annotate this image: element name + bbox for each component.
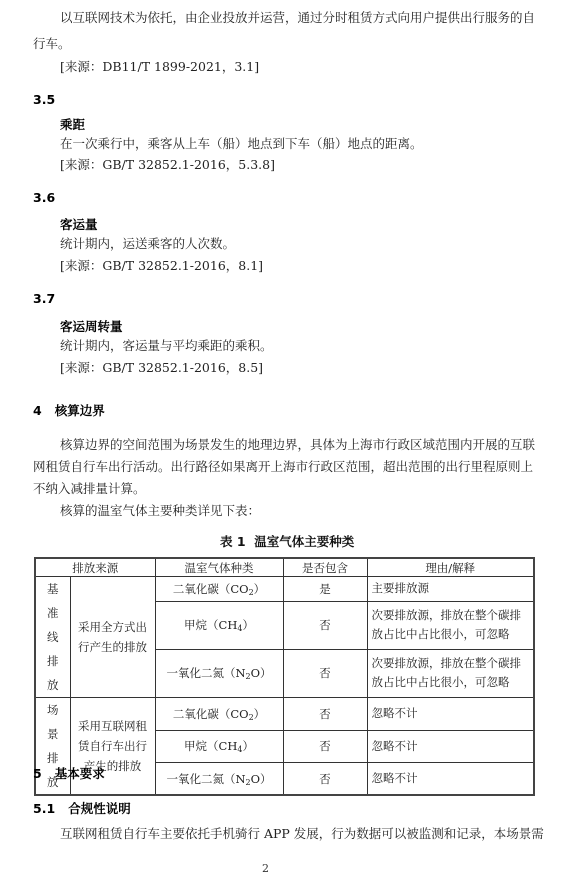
reason-cell: 忽略不计	[367, 763, 534, 796]
source-3-5: [来源：GB/T 32852.1-2016，5.3.8]	[60, 157, 275, 173]
included-cell: 否	[283, 601, 367, 649]
section-number-3-5: 3.5	[33, 92, 55, 107]
table-row: 场 景 排 放 采用互联网租赁自行车出行产生的排放 二氧化碳（CO2） 否 忽略…	[35, 698, 534, 731]
gas-cell: 甲烷（CH4）	[155, 730, 283, 763]
category-char: 景	[36, 722, 70, 746]
chapter-4-para-line-2: 网租赁自行车出行活动。出行路径如果离开上海市行政区范围，超出范围的出行里程原则上	[33, 459, 533, 475]
section-5-1-heading: 5.1 合规性说明	[33, 799, 131, 817]
table-caption: 表 1 温室气体主要种类	[220, 532, 354, 550]
header-reason: 理由/解释	[367, 558, 534, 577]
category-char: 场	[36, 698, 70, 722]
category-char: 基	[36, 577, 70, 601]
included-cell: 否	[283, 763, 367, 796]
intro-source: [来源：DB11/T 1899-2021，3.1]	[60, 59, 259, 75]
chapter-5-heading: 5 基本要求	[33, 764, 105, 782]
category-char: 线	[36, 625, 70, 649]
intro-line-1: 以互联网技术为依托，由企业投放并运营，通过分时租赁方式向用户提供出行服务的自	[60, 10, 535, 26]
reason-cell: 主要排放源	[367, 577, 534, 602]
page-number: 2	[262, 862, 269, 875]
category-char: 排	[36, 649, 70, 673]
gas-cell: 一氧化二氮（N2O）	[155, 763, 283, 796]
chapter-4-para-line-3: 不纳入减排量计算。	[33, 481, 146, 497]
reason-cell: 次要排放源，排放在整个碳排放占比中占比很小，可忽略	[367, 601, 534, 649]
source-baseline: 采用全方式出行产生的排放	[70, 577, 155, 698]
greenhouse-gas-table: 排放来源 温室气体种类 是否包含 理由/解释 基 准 线 排 放 采用全方式出行…	[34, 557, 535, 796]
category-char: 放	[36, 673, 70, 697]
intro-line-2: 行车。	[33, 36, 71, 52]
source-3-6: [来源：GB/T 32852.1-2016，8.1]	[60, 258, 263, 274]
definition-3-6: 统计期内，运送乘客的人次数。	[60, 236, 235, 252]
header-gas-type: 温室气体种类	[155, 558, 283, 577]
term-3-5: 乘距	[60, 115, 85, 133]
table-header-row: 排放来源 温室气体种类 是否包含 理由/解释	[35, 558, 534, 577]
included-cell: 否	[283, 730, 367, 763]
header-emission-source: 排放来源	[35, 558, 155, 577]
chapter-4-para-line-1: 核算边界的空间范围为场景发生的地理边界，具体为上海市行政区域范围内开展的互联	[60, 437, 535, 453]
section-number-3-6: 3.6	[33, 190, 55, 205]
category-char: 准	[36, 601, 70, 625]
chapter-4-heading: 4 核算边界	[33, 401, 105, 419]
included-cell: 否	[283, 698, 367, 731]
included-cell: 否	[283, 649, 367, 697]
section-number-3-7: 3.7	[33, 291, 55, 306]
source-3-7: [来源：GB/T 32852.1-2016，8.5]	[60, 360, 263, 376]
reason-cell: 次要排放源，排放在整个碳排放占比中占比很小，可忽略	[367, 649, 534, 697]
table-row: 基 准 线 排 放 采用全方式出行产生的排放 二氧化碳（CO2） 是 主要排放源	[35, 577, 534, 602]
chapter-4-para-2: 核算的温室气体主要种类详见下表：	[60, 503, 260, 519]
chapter-5-para-line-1: 互联网租赁自行车主要依托手机骑行 APP 发展，行为数据可以被监测和记录，本场景…	[60, 826, 544, 842]
term-3-6: 客运量	[60, 215, 98, 233]
term-3-7: 客运周转量	[60, 317, 123, 335]
header-included: 是否包含	[283, 558, 367, 577]
reason-cell: 忽略不计	[367, 730, 534, 763]
reason-cell: 忽略不计	[367, 698, 534, 731]
included-cell: 是	[283, 577, 367, 602]
gas-cell: 甲烷（CH4）	[155, 601, 283, 649]
gas-cell: 一氧化二氮（N2O）	[155, 649, 283, 697]
gas-cell: 二氧化碳（CO2）	[155, 698, 283, 731]
definition-3-5: 在一次乘行中，乘客从上车（船）地点到下车（船）地点的距离。	[60, 136, 423, 152]
category-baseline: 基 准 线 排 放	[35, 577, 70, 698]
definition-3-7: 统计期内，客运量与平均乘距的乘积。	[60, 338, 273, 354]
gas-cell: 二氧化碳（CO2）	[155, 577, 283, 602]
